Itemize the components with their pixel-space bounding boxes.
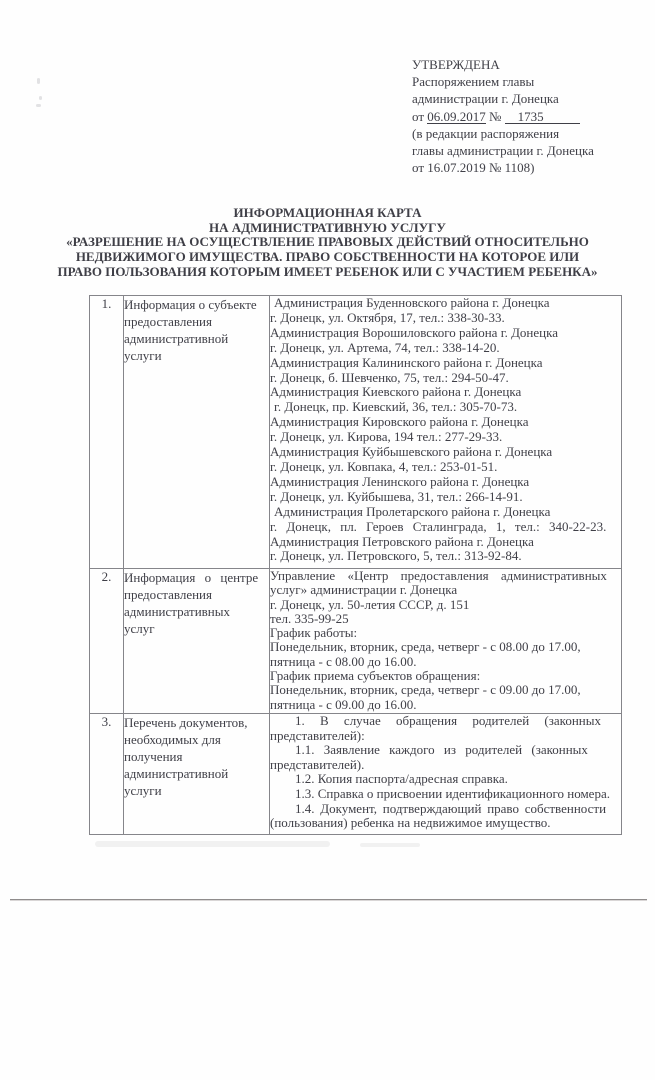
- content-line: Администрация Киевского района г. Донецк…: [270, 385, 621, 400]
- row-label-cell: Информация о центрепредоставленияадминис…: [124, 569, 270, 714]
- content-line: пятница - с 09.00 до 16.00.: [270, 698, 621, 712]
- content-line: 1.2. Копия паспорта/адресная справка.: [270, 772, 621, 787]
- content-line: пятница - с 08.00 до 16.00.: [270, 655, 621, 669]
- content-line: Администрация Петровского района г. Доне…: [270, 535, 621, 550]
- content-line: г. Донецк, пл. Героев Сталинграда, 1, те…: [270, 520, 621, 535]
- table-row: 1.Информация о субъектепредоставленияадм…: [90, 296, 622, 569]
- content-line: г. Донецк, ул. Артема, 74, тел.: 338-14-…: [270, 341, 621, 356]
- scan-artifact: [39, 96, 42, 100]
- title-line: «РАЗРЕШЕНИЕ НА ОСУЩЕСТВЛЕНИЕ ПРАВОВЫХ ДЕ…: [0, 235, 655, 250]
- content-line: 1. В случае обращения родителей (законны…: [270, 714, 621, 729]
- content-line: Администрация Пролетарского района г. До…: [270, 505, 621, 520]
- title-line: ПРАВО ПОЛЬЗОВАНИЯ КОТОРЫМ ИМЕЕТ РЕБЕНОК …: [0, 265, 655, 280]
- label-line: административной: [124, 765, 269, 782]
- content-line: г. Донецк, ул. Кирова, 194 тел.: 277-29-…: [270, 430, 621, 445]
- content-line: г. Донецк, ул. Октября, 17, тел.: 338-30…: [270, 311, 621, 326]
- content-line: представителей):: [270, 729, 621, 744]
- scan-artifact: [36, 104, 41, 107]
- order-date: 06.09.2017: [427, 110, 486, 124]
- label-line: Информация о центре: [124, 569, 269, 586]
- content-line: Администрация Калининского района г. Дон…: [270, 356, 621, 371]
- content-line: г. Донецк, ул. Куйбышева, 31, тел.: 266-…: [270, 490, 621, 505]
- content-line: Администрация Ворошиловского района г. Д…: [270, 326, 621, 341]
- label-line: получения: [124, 748, 269, 765]
- content-line: г. Донецк, пр. Киевский, 36, тел.: 305-7…: [270, 400, 621, 415]
- row-label-cell: Перечень документов,необходимых дляполуч…: [124, 714, 270, 835]
- label-line: предоставления: [124, 586, 269, 603]
- label-line: Информация о субъекте: [124, 296, 269, 313]
- approval-line: от 16.07.2019 № 1108): [412, 159, 650, 176]
- approval-line: администрации г. Донецка: [412, 90, 650, 107]
- approval-line: (в редакции распоряжения: [412, 125, 650, 142]
- bottom-divider: [10, 899, 647, 900]
- document-page: УТВЕРЖДЕНА Распоряжением главы администр…: [0, 0, 655, 1080]
- label-line: услуг: [124, 620, 269, 637]
- content-line: г. Донецк, б. Шевченко, 75, тел.: 294-50…: [270, 371, 621, 386]
- order-number: 1735: [505, 110, 580, 124]
- row-number-cell: 2.: [90, 569, 124, 714]
- content-line: (пользования) ребенка на недвижимое имущ…: [270, 816, 621, 831]
- approval-line-order-number: от 06.09.2017 № 1735: [412, 108, 650, 125]
- label-line: необходимых для: [124, 731, 269, 748]
- scan-artifact: [37, 78, 40, 84]
- content-line: График приема субъектов обращения:: [270, 669, 621, 683]
- row-content-cell: 1. В случае обращения родителей (законны…: [270, 714, 622, 835]
- content-line: 1.3. Справка о присвоении идентификацион…: [270, 787, 621, 802]
- content-line: Администрация Кировского района г. Донец…: [270, 415, 621, 430]
- table-row: 2.Информация о центрепредоставленияадмин…: [90, 569, 622, 714]
- content-line: Администрация Ленинского района г. Донец…: [270, 475, 621, 490]
- title-line: НЕДВИЖИМОГО ИМУЩЕСТВА. ПРАВО СОБСТВЕННОС…: [0, 250, 655, 265]
- table-row: 3.Перечень документов,необходимых дляпол…: [90, 714, 622, 835]
- document-title: ИНФОРМАЦИОННАЯ КАРТА НА АДМИНИСТРАТИВНУЮ…: [0, 206, 655, 280]
- content-line: г. Донецк, ул. 50-летия СССР, д. 151: [270, 598, 621, 612]
- scan-smudge: [95, 841, 330, 847]
- content-line: 1.4. Документ, подтверждающий право собс…: [270, 802, 621, 817]
- content-line: Администрация Буденновского района г. До…: [270, 296, 621, 311]
- scan-smudge: [360, 843, 420, 847]
- content-line: услуг» администрации г. Донецка: [270, 583, 621, 597]
- row-number-cell: 3.: [90, 714, 124, 835]
- content-line: 1.1. Заявление каждого из родителей (зак…: [270, 743, 621, 758]
- content-line: тел. 335-99-25: [270, 612, 621, 626]
- approval-line: Распоряжением главы: [412, 73, 650, 90]
- title-line: ИНФОРМАЦИОННАЯ КАРТА: [0, 206, 655, 221]
- approval-line: главы администрации г. Донецка: [412, 142, 650, 159]
- row-number-cell: 1.: [90, 296, 124, 569]
- info-table: 1.Информация о субъектепредоставленияадм…: [89, 295, 622, 835]
- content-line: представителей).: [270, 758, 621, 773]
- label-line: административных: [124, 603, 269, 620]
- label-line: услуги: [124, 782, 269, 799]
- approval-line: УТВЕРЖДЕНА: [412, 56, 650, 73]
- label-line: административной: [124, 330, 269, 347]
- label-line: Перечень документов,: [124, 714, 269, 731]
- content-line: Понедельник, вторник, среда, четверг - с…: [270, 683, 621, 697]
- content-line: г. Донецк, ул. Ковпака, 4, тел.: 253-01-…: [270, 460, 621, 475]
- content-line: Управление «Центр предоставления админис…: [270, 569, 621, 583]
- number-sign: №: [489, 109, 501, 124]
- label-line: услуги: [124, 347, 269, 364]
- content-line: г. Донецк, ул. Петровского, 5, тел.: 313…: [270, 549, 621, 564]
- label-line: предоставления: [124, 313, 269, 330]
- content-line: Администрация Куйбышевского района г. До…: [270, 445, 621, 460]
- title-line: НА АДМИНИСТРАТИВНУЮ УСЛУГУ: [0, 221, 655, 236]
- row-label-cell: Информация о субъектепредоставленияадмин…: [124, 296, 270, 569]
- order-prefix: от: [412, 109, 424, 124]
- content-line: График работы:: [270, 626, 621, 640]
- content-line: Понедельник, вторник, среда, четверг - с…: [270, 640, 621, 654]
- row-content-cell: Администрация Буденновского района г. До…: [270, 296, 622, 569]
- row-content-cell: Управление «Центр предоставления админис…: [270, 569, 622, 714]
- approval-block: УТВЕРЖДЕНА Распоряжением главы администр…: [412, 56, 650, 176]
